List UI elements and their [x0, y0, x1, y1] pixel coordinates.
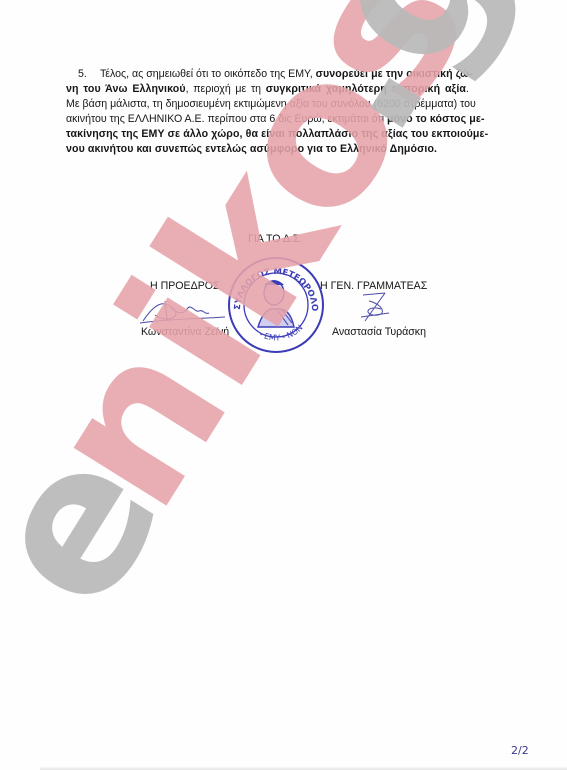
secretary-name: Αναστασία Τυράσκη [332, 326, 426, 338]
text-bold: συγκριτικά χαμηλότερη εμπορική αξία [266, 83, 466, 95]
association-stamp-icon: ΣΥΛΛΟΓΟΣ ΜΕΤΕΩΡΟΛΟΓΩΝ ΥΠΑΛΛ - ΕΜΥ - ΝΟΝ [226, 255, 326, 355]
paragraph-line-5: τακίνησης της ΕΜΥ σε άλλο χώρο, θα είναι… [66, 127, 469, 142]
text-normal: ακινήτου της ΕΛΛΗΝΙΚΟ Α.Ε. περίπου στα 6… [66, 113, 387, 125]
president-title: Η ΠΡΟΕΔΡΟΣ [150, 280, 220, 292]
paragraph-line-4: ακινήτου της ΕΛΛΗΝΙΚΟ Α.Ε. περίπου στα 6… [66, 112, 469, 127]
president-signature-icon [135, 293, 230, 328]
paragraph-number: 5. [66, 67, 100, 82]
signature-heading: ΓΙΑ ΤΟ Δ.Σ. [248, 233, 302, 245]
secretary-signature-icon [355, 287, 395, 327]
paragraph-line-6: νου ακινήτου και συνεπώς εντελώς ασύμφορ… [66, 142, 469, 157]
page-number: 2/2 [511, 744, 529, 757]
scan-edge [40, 766, 567, 770]
text-bold: συνορεύει με την οικιστική ζώ- [316, 68, 473, 80]
text-normal: Τέλος, ας σημειωθεί ότι το οικόπεδο της … [100, 68, 316, 80]
text-bold: νη του Άνω Ελληνικού [66, 83, 186, 95]
text-normal: . [466, 83, 469, 95]
paragraph-line-3: Με βάση μάλιστα, τη δημοσιευμένη εκτιμώμ… [66, 97, 469, 112]
paragraph-5: 5.Τέλος, ας σημειωθεί ότι το οικόπεδο τη… [66, 67, 469, 157]
document-page: 5.Τέλος, ας σημειωθεί ότι το οικόπεδο τη… [0, 0, 567, 770]
text-bold: τακίνησης της ΕΜΥ σε άλλο χώρο, θα είναι… [66, 128, 488, 140]
svg-text:e: e [0, 407, 208, 646]
paragraph-line-1: 5.Τέλος, ας σημειωθεί ότι το οικόπεδο τη… [66, 67, 469, 82]
text-bold: νου ακινήτου και συνεπώς εντελώς ασύμφορ… [66, 143, 437, 155]
text-bold: μόνο το κόστος με- [387, 113, 485, 125]
paragraph-line-2: νη του Άνω Ελληνικού, περιοχή με τη συγκ… [66, 82, 469, 97]
text-normal: , περιοχή με τη [186, 83, 266, 95]
